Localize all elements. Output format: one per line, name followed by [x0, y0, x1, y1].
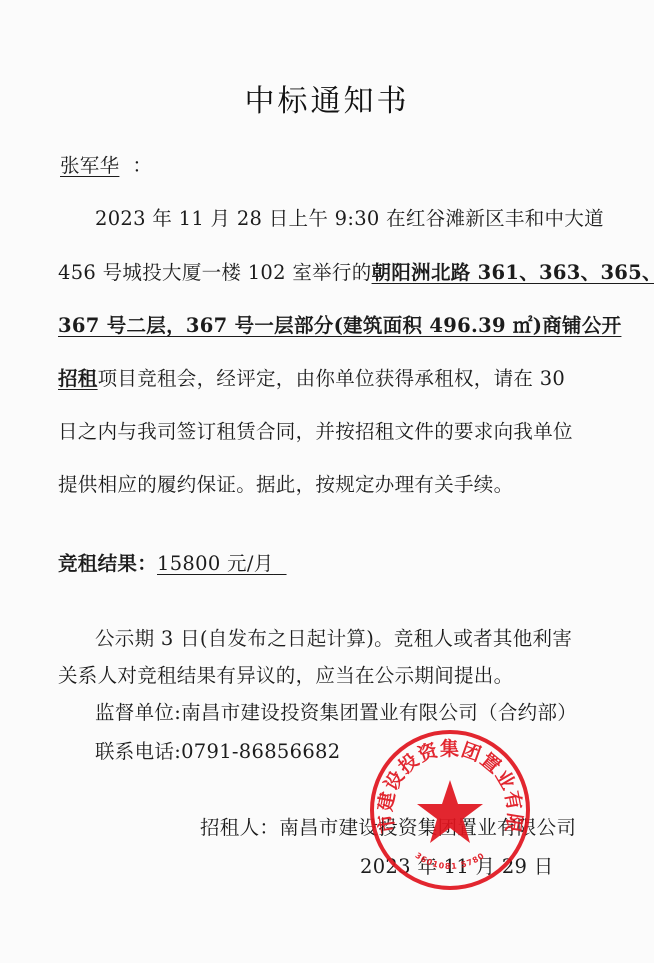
supervisor-line: 监督单位:南昌市建设投资集团置业有限公司（合约部） [95, 697, 577, 725]
result-label: 竞租结果： [58, 552, 157, 575]
lessor-line: 招租人：南昌市建设投资集团置业有限公司 [200, 812, 576, 840]
paragraph2-line1: 公示期 3 日(自发布之日起计算)。竞租人或者其他利害 [95, 623, 572, 651]
paragraph2-line2: 关系人对竞租结果有异议的，应当在公示期间提出。 [58, 660, 513, 688]
phone-line: 联系电话:0791-86856682 [95, 736, 340, 764]
paragraph1-line1: 2023 年 11 月 28 日上午 9:30 在红谷滩新区丰和中大道 [95, 203, 604, 231]
property-text-1: 朝阳洲北路 361、363、365、 [372, 261, 654, 284]
paragraph1-line4: 招租项目竞租会，经评定，由你单位获得承租权，请在 30 [58, 363, 565, 391]
document-title: 中标通知书 [0, 76, 654, 120]
paragraph1-line3: 367 号二层，367 号一层部分(建筑面积 496.39 ㎡)商铺公开 [58, 310, 621, 338]
result-value: 15800 元/月 [157, 552, 274, 575]
award-text: 项目竞租会，经评定，由你单位获得承租权，请在 30 [98, 367, 566, 390]
result-line: 竞租结果：15800 元/月 [58, 548, 287, 576]
addressee-line: 张军华 ： [60, 150, 152, 178]
property-text-3: 招租 [58, 367, 98, 390]
venue-text: 456 号城投大厦一楼 102 室举行的 [58, 261, 372, 284]
addressee-name: 张军华 [60, 154, 119, 177]
paragraph1-line6: 提供相应的履约保证。据此，按规定办理有关手续。 [58, 469, 513, 497]
notice-page: 中标通知书 张军华 ： 2023 年 11 月 28 日上午 9:30 在红谷滩… [0, 0, 654, 963]
paragraph1-line2: 456 号城投大厦一楼 102 室举行的朝阳洲北路 361、363、365、 [58, 257, 654, 285]
date-line: 2023 年 11 月 29 日 [360, 851, 554, 879]
paragraph1-line5: 日之内与我司签订租赁合同，并按招租文件的要求向我单位 [58, 416, 573, 444]
addressee-colon: ： [132, 154, 152, 177]
